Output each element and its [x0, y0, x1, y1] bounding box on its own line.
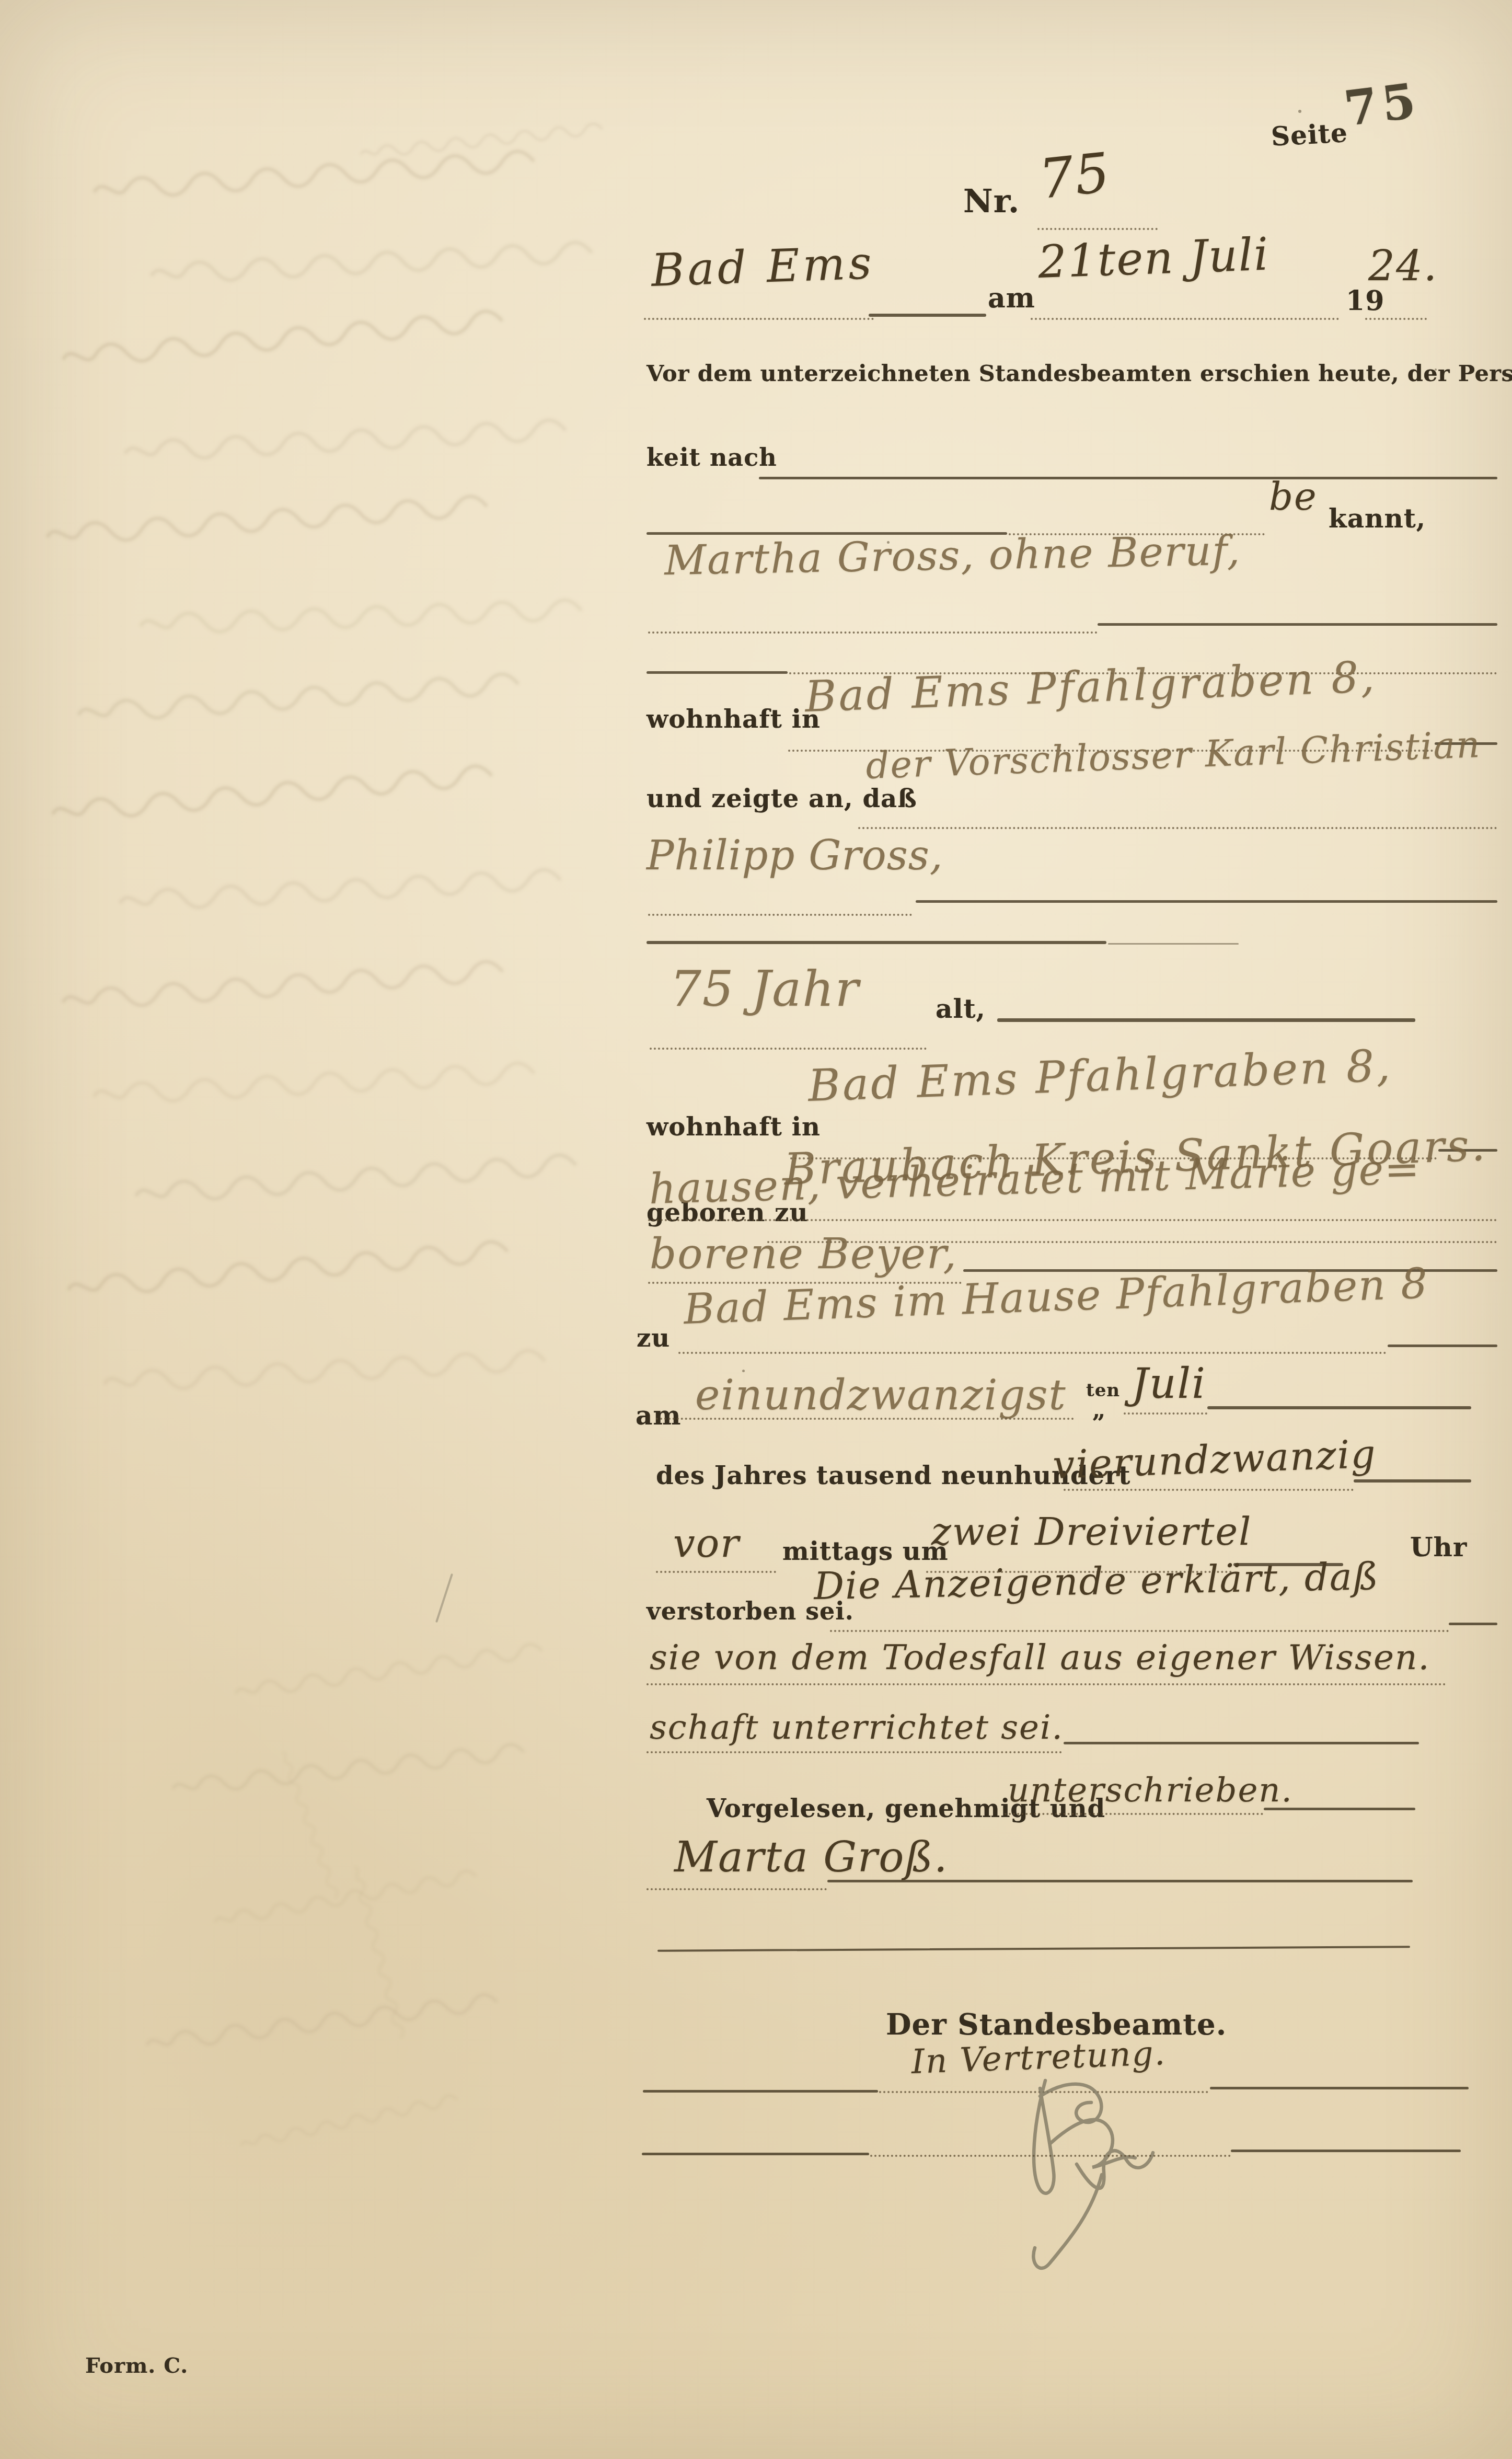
- note-line-1: Die Anzeigende erklärt, daß: [814, 1554, 1380, 1608]
- zeigte-label: und zeigte an, daß: [647, 784, 917, 813]
- standesbeamte-label: Der Standesbeamte.: [886, 2007, 1227, 2042]
- form-rule-dotted: [648, 1219, 1497, 1221]
- form-rule-solid: [1210, 2087, 1469, 2089]
- form-rule-solid: [997, 1018, 1415, 1022]
- form-rule-solid: [916, 900, 1497, 903]
- wohnhaft-1-value: Bad Ems Pfahlgraben 8,: [804, 652, 1377, 722]
- form-rule-solid: [759, 477, 1497, 479]
- form-rule-dotted: [1037, 228, 1158, 230]
- form-rule-solid: [1264, 1808, 1415, 1810]
- form-rule-solid: [643, 2090, 878, 2093]
- form-rule-solid: [642, 2153, 869, 2155]
- form-rule-dotted: [870, 2155, 1231, 2157]
- borene-value: borene Beyer,: [650, 1229, 957, 1278]
- zu-label: zu: [637, 1324, 670, 1353]
- age-value: 75 Jahr: [670, 961, 860, 1018]
- form-rule-dotted: [1005, 1813, 1263, 1815]
- ink-speck: [887, 541, 890, 544]
- year-value: 24.: [1368, 242, 1438, 290]
- form-rule-dotted: [650, 1048, 927, 1050]
- form-rule-solid: [1354, 1479, 1471, 1483]
- official-signature-scrawl: [967, 2065, 1218, 2459]
- form-rule-solid: [657, 1946, 1410, 1952]
- date-value: 21ten Juli: [1037, 228, 1271, 289]
- deceased-name-line-1: der Vorschlosser Karl Christian: [865, 723, 1481, 787]
- vor-value: vor: [673, 1521, 740, 1566]
- form-rule-solid: [869, 314, 986, 317]
- form-rule-dotted: [647, 1751, 1062, 1753]
- form-rule-solid: [1064, 1742, 1419, 1744]
- ink-speck: [742, 1370, 745, 1372]
- ditto-mark: „: [1092, 1397, 1106, 1423]
- alt-label: alt,: [936, 993, 986, 1024]
- death-year-value: vierundzwanzig: [1052, 1431, 1377, 1488]
- form-rule-dotted: [647, 1888, 827, 1890]
- declarant-signature: Marta Groß.: [674, 1833, 948, 1881]
- ink-speck: [1435, 369, 1437, 371]
- form-rule-dotted: [1064, 1489, 1354, 1491]
- form-rule-solid: [1449, 1623, 1497, 1625]
- note-line-2: sie von dem Todesfall aus eigener Wissen…: [650, 1637, 1430, 1677]
- death-register-scan-page: Seite 75 Nr. 75 Bad Ems am 21ten Juli 19…: [0, 0, 1512, 2459]
- hausen-value: hausen, verheiratet mit Marie ge=: [649, 1144, 1422, 1213]
- am-label: am: [988, 282, 1035, 314]
- place-value: Bad Ems: [651, 237, 876, 297]
- ink-speck: [1298, 110, 1301, 113]
- form-rule-dotted: [656, 1571, 776, 1573]
- form-rule-dotted: [1365, 318, 1427, 320]
- form-code: Form. C.: [85, 2353, 188, 2378]
- wohnhaft-1-label: wohnhaft in: [647, 705, 821, 734]
- form-rule-solid: [1207, 1406, 1471, 1409]
- intro-line-1: Vor dem unterzeichneten Standesbeamten e…: [647, 361, 1512, 387]
- form-rule-solid: [1108, 943, 1239, 945]
- note-line-3: schaft unterrichtet sei.: [650, 1708, 1064, 1747]
- unterschrieben-value: unterschrieben.: [1008, 1771, 1293, 1810]
- form-rule-solid: [1231, 2150, 1461, 2152]
- form-rule-dotted: [1124, 1412, 1207, 1415]
- am-2-label: am: [636, 1400, 681, 1431]
- bleed-through-artifact: [16, 120, 638, 2316]
- nr-value: 75: [1036, 140, 1113, 211]
- form-rule-solid: [647, 671, 788, 674]
- nr-label: Nr.: [963, 182, 1020, 220]
- form-rule-dotted: [1031, 318, 1339, 320]
- form-rule-dotted: [656, 1418, 1074, 1420]
- wohnhaft-2-label: wohnhaft in: [647, 1112, 821, 1142]
- death-month-value: Juli: [1132, 1359, 1206, 1408]
- time-value: zwei Dreiviertel: [931, 1510, 1252, 1554]
- form-rule-solid: [827, 1880, 1413, 1882]
- declarant-name-value: Martha Gross, ohne Beruf,: [664, 527, 1241, 584]
- official-signature-text: Kley: [0, 0, 1, 1]
- death-day-value: einundzwanzigst: [695, 1371, 1067, 1419]
- be-value: be: [1269, 475, 1318, 519]
- page-number-stamp: 75: [1341, 72, 1423, 137]
- wohnhaft-2-value: Bad Ems Pfahlgraben 8,: [807, 1040, 1393, 1111]
- form-rule-dotted: [647, 1683, 1446, 1685]
- form-rule-solid: [1098, 623, 1497, 626]
- deceased-name-line-2: Philipp Gross,: [647, 832, 943, 879]
- form-rule-dotted: [648, 914, 912, 916]
- uhr-label: Uhr: [1410, 1532, 1467, 1562]
- form-rule-solid: [1388, 1345, 1497, 1347]
- form-rule-dotted: [858, 827, 1497, 829]
- form-rule-solid: [647, 941, 1106, 944]
- form-rule-dotted: [678, 1352, 1387, 1354]
- kannt-label: kannt,: [1329, 503, 1426, 534]
- form-rule-dotted: [830, 1630, 1449, 1632]
- form-rule-dotted: [644, 318, 874, 320]
- intro-line-2: keit nach: [647, 443, 777, 472]
- form-rule-dotted: [648, 631, 1098, 634]
- seite-label: Seite: [1271, 117, 1349, 152]
